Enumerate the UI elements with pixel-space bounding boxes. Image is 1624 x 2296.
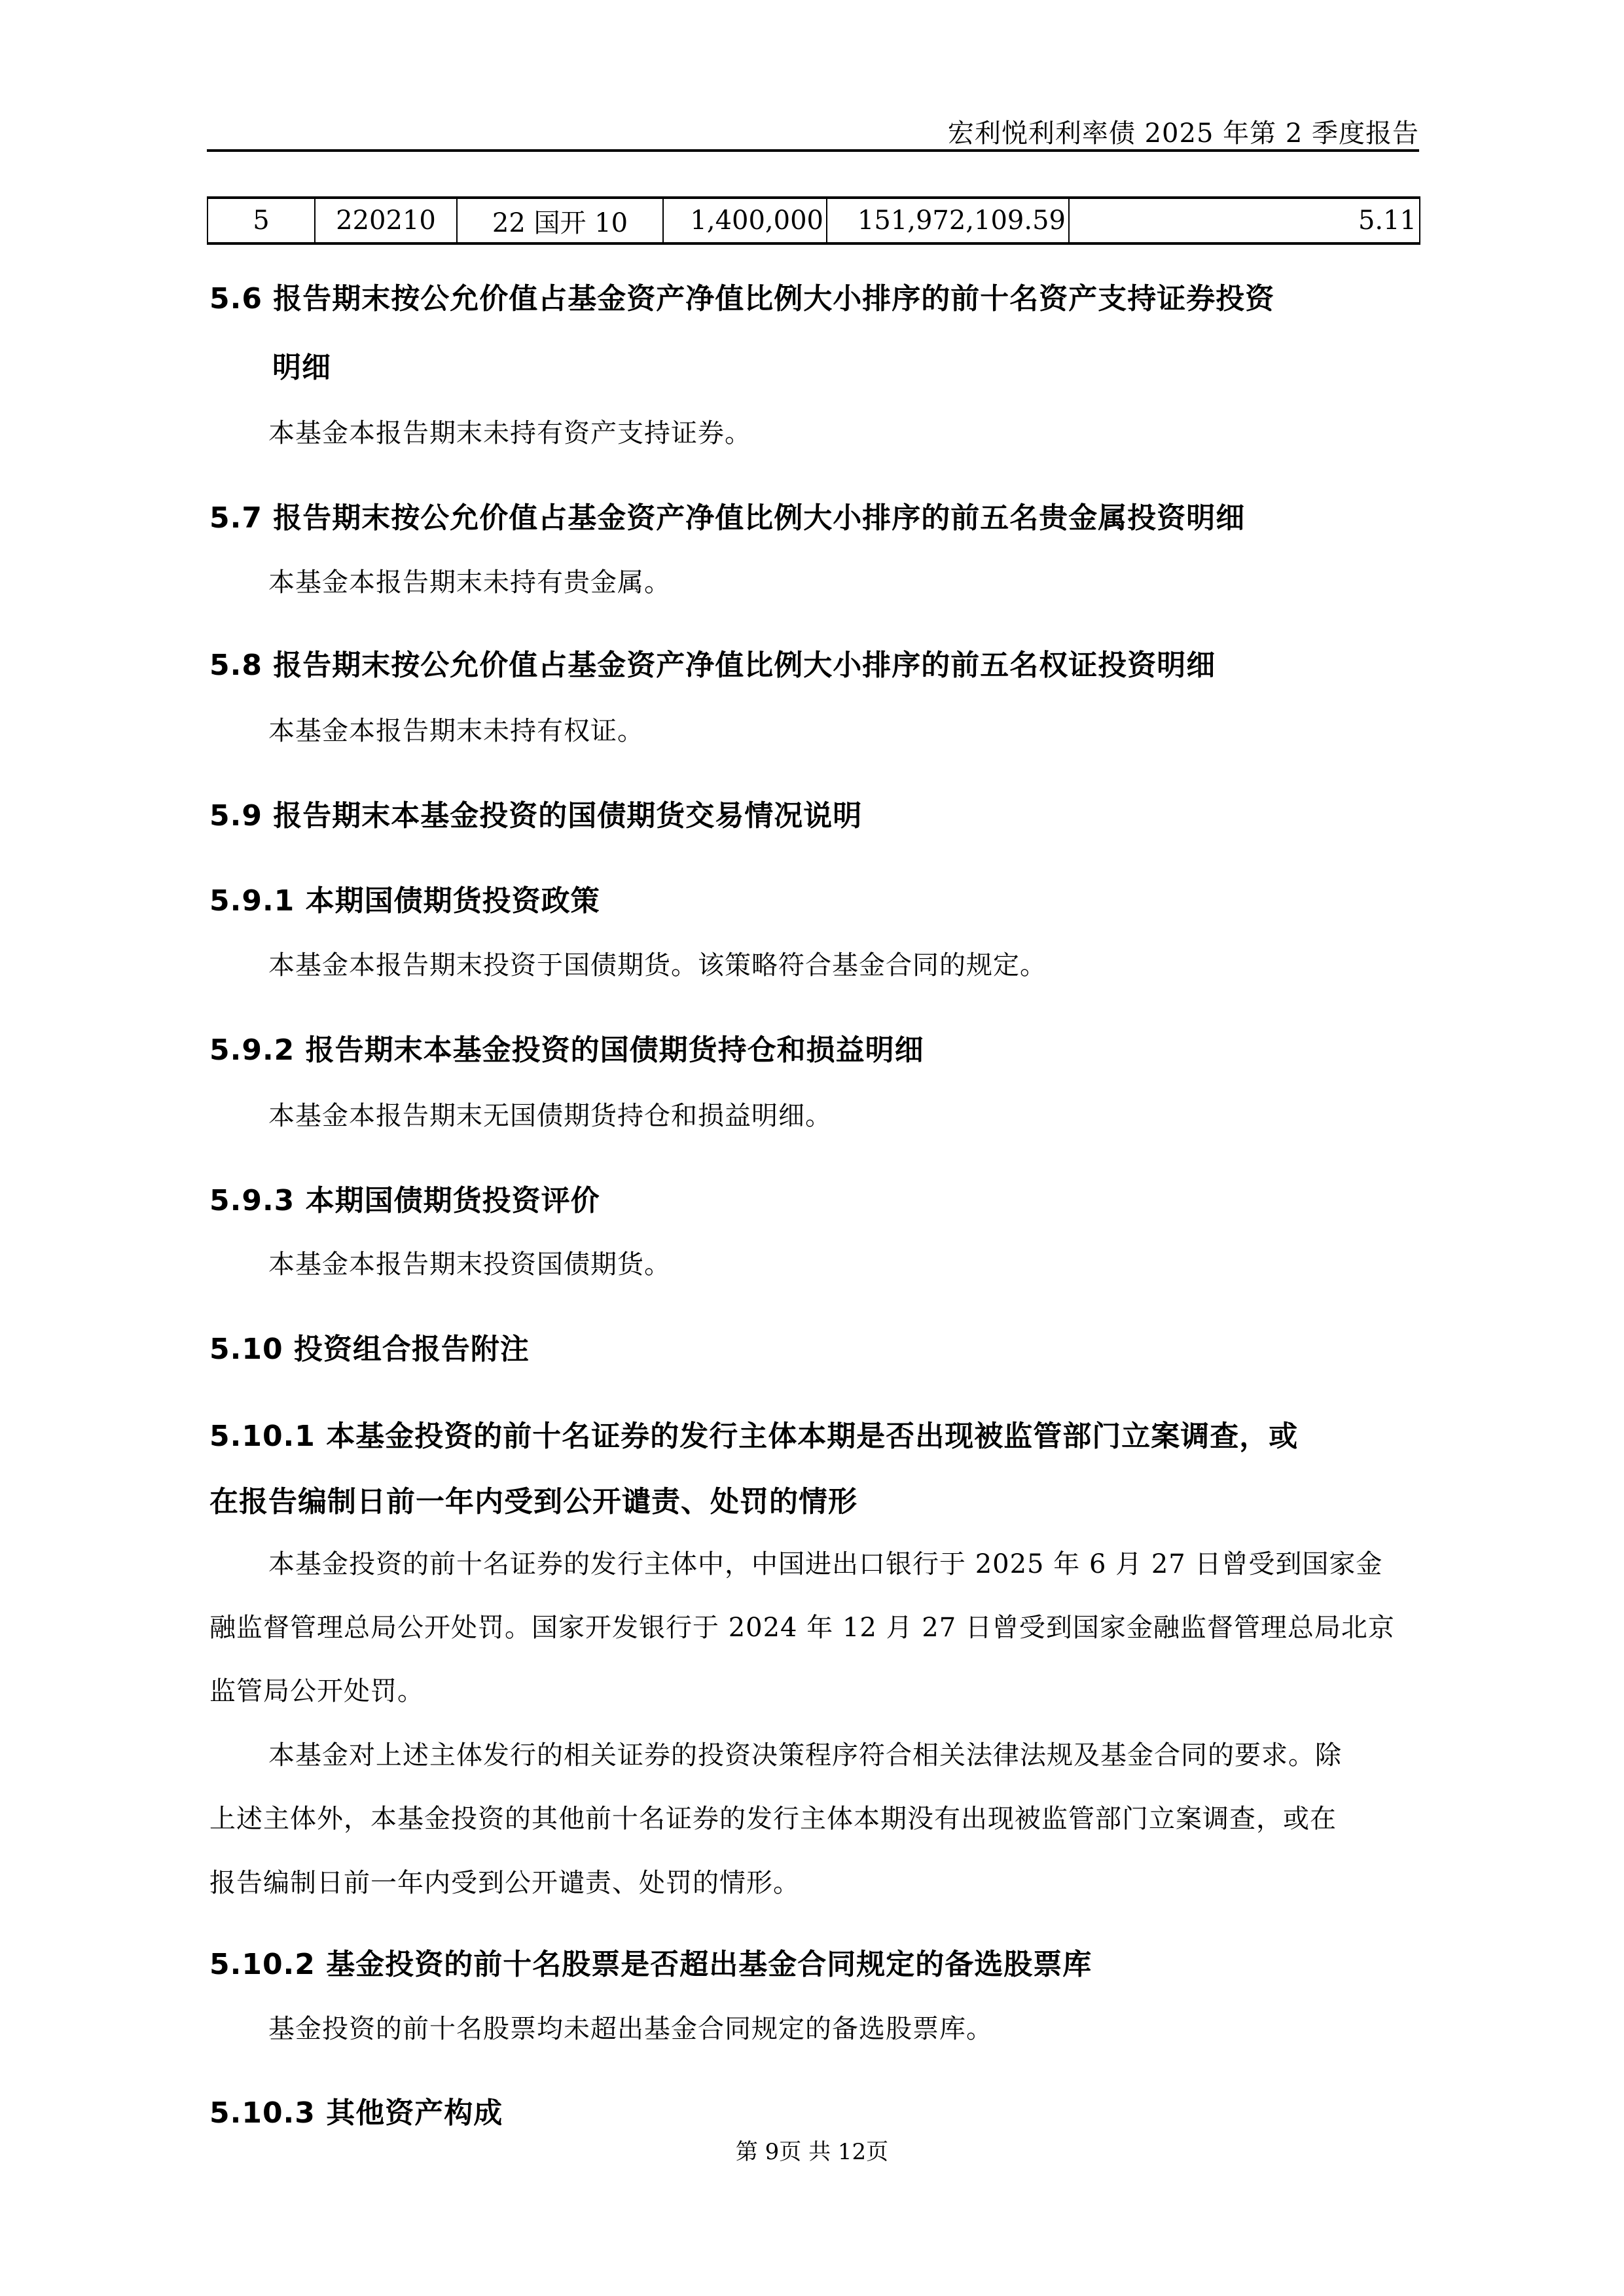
section-body-5-10-1-para1-line2: 融监督管理总局公开处罚。国家开发银行于 2024 年 12 月 27 日曾受到国… bbox=[209, 1607, 1395, 1644]
section-heading-5-10: 5.10 投资组合报告附注 bbox=[209, 1325, 530, 1367]
section-heading-5-8: 5.8 报告期末按公允价值占基金资产净值比例大小排序的前五名权证投资明细 bbox=[209, 641, 1216, 683]
section-heading-5-6-cont: 明细 bbox=[272, 344, 331, 386]
cell-fair-value: 151,972,109.59 bbox=[827, 198, 1069, 243]
section-body-5-7: 本基金本报告期末未持有贵金属。 bbox=[268, 562, 671, 599]
section-heading-5-7: 5.7 报告期末按公允价值占基金资产净值比例大小排序的前五名贵金属投资明细 bbox=[209, 494, 1245, 536]
section-heading-5-10-1: 5.10.1 本基金投资的前十名证券的发行主体本期是否出现被监管部门立案调查，或 bbox=[209, 1412, 1298, 1454]
section-body-5-10-1-para1-line1: 本基金投资的前十名证券的发行主体中，中国进出口银行于 2025 年 6 月 27… bbox=[268, 1543, 1382, 1581]
section-heading-5-10-3: 5.10.3 其他资产构成 bbox=[209, 2089, 503, 2131]
page-header-title: 宏利悦利利率债 2025 年第 2 季度报告 bbox=[948, 113, 1419, 150]
section-body-5-10-2: 基金投资的前十名股票均未超出基金合同规定的备选股票库。 bbox=[268, 2008, 993, 2045]
section-body-5-10-1-para2-line1: 本基金对上述主体发行的相关证券的投资决策程序符合相关法律法规及基金合同的要求。除 bbox=[268, 1734, 1342, 1772]
cell-bond-code: 220210 bbox=[315, 198, 457, 243]
holdings-table: 5 220210 22 国开 10 1,400,000 151,972,109.… bbox=[207, 196, 1420, 245]
cell-bond-name: 22 国开 10 bbox=[457, 198, 663, 243]
section-heading-5-10-2: 5.10.2 基金投资的前十名股票是否超出基金合同规定的备选股票库 bbox=[209, 1941, 1092, 1982]
cell-quantity: 1,400,000 bbox=[663, 198, 827, 243]
section-body-5-6: 本基金本报告期末未持有资产支持证券。 bbox=[268, 412, 751, 450]
table-row: 5 220210 22 国开 10 1,400,000 151,972,109.… bbox=[208, 198, 1420, 243]
cell-rank: 5 bbox=[208, 198, 315, 243]
section-heading-5-9-2: 5.9.2 报告期末本基金投资的国债期货持仓和损益明细 bbox=[209, 1026, 924, 1068]
section-body-5-9-3: 本基金本报告期末投资国债期货。 bbox=[268, 1244, 671, 1281]
section-body-5-10-1-para1-line3: 监管局公开处罚。 bbox=[209, 1670, 424, 1708]
section-heading-5-9-1: 5.9.1 本期国债期货投资政策 bbox=[209, 877, 600, 919]
section-body-5-10-1-para2-line2: 上述主体外，本基金投资的其他前十名证券的发行主体本期没有出现被监管部门立案调查，… bbox=[209, 1798, 1337, 1835]
page-footer: 第 9页 共 12页 bbox=[0, 2134, 1624, 2166]
section-heading-5-6: 5.6 报告期末按公允价值占基金资产净值比例大小排序的前十名资产支持证券投资 bbox=[209, 275, 1274, 317]
section-heading-5-9-3: 5.9.3 本期国债期货投资评价 bbox=[209, 1177, 600, 1219]
section-body-5-8: 本基金本报告期末未持有权证。 bbox=[268, 710, 644, 747]
section-heading-5-10-1-cont: 在报告编制日前一年内受到公开谴责、处罚的情形 bbox=[209, 1478, 857, 1520]
cell-nav-ratio: 5.11 bbox=[1069, 198, 1420, 243]
section-body-5-10-1-para2-line3: 报告编制日前一年内受到公开谴责、处罚的情形。 bbox=[209, 1862, 800, 1899]
section-heading-5-9: 5.9 报告期末本基金投资的国债期货交易情况说明 bbox=[209, 792, 862, 834]
header-divider bbox=[207, 149, 1419, 152]
section-body-5-9-1: 本基金本报告期末投资于国债期货。该策略符合基金合同的规定。 bbox=[268, 944, 1047, 982]
section-body-5-9-2: 本基金本报告期末无国债期货持仓和损益明细。 bbox=[268, 1095, 832, 1132]
